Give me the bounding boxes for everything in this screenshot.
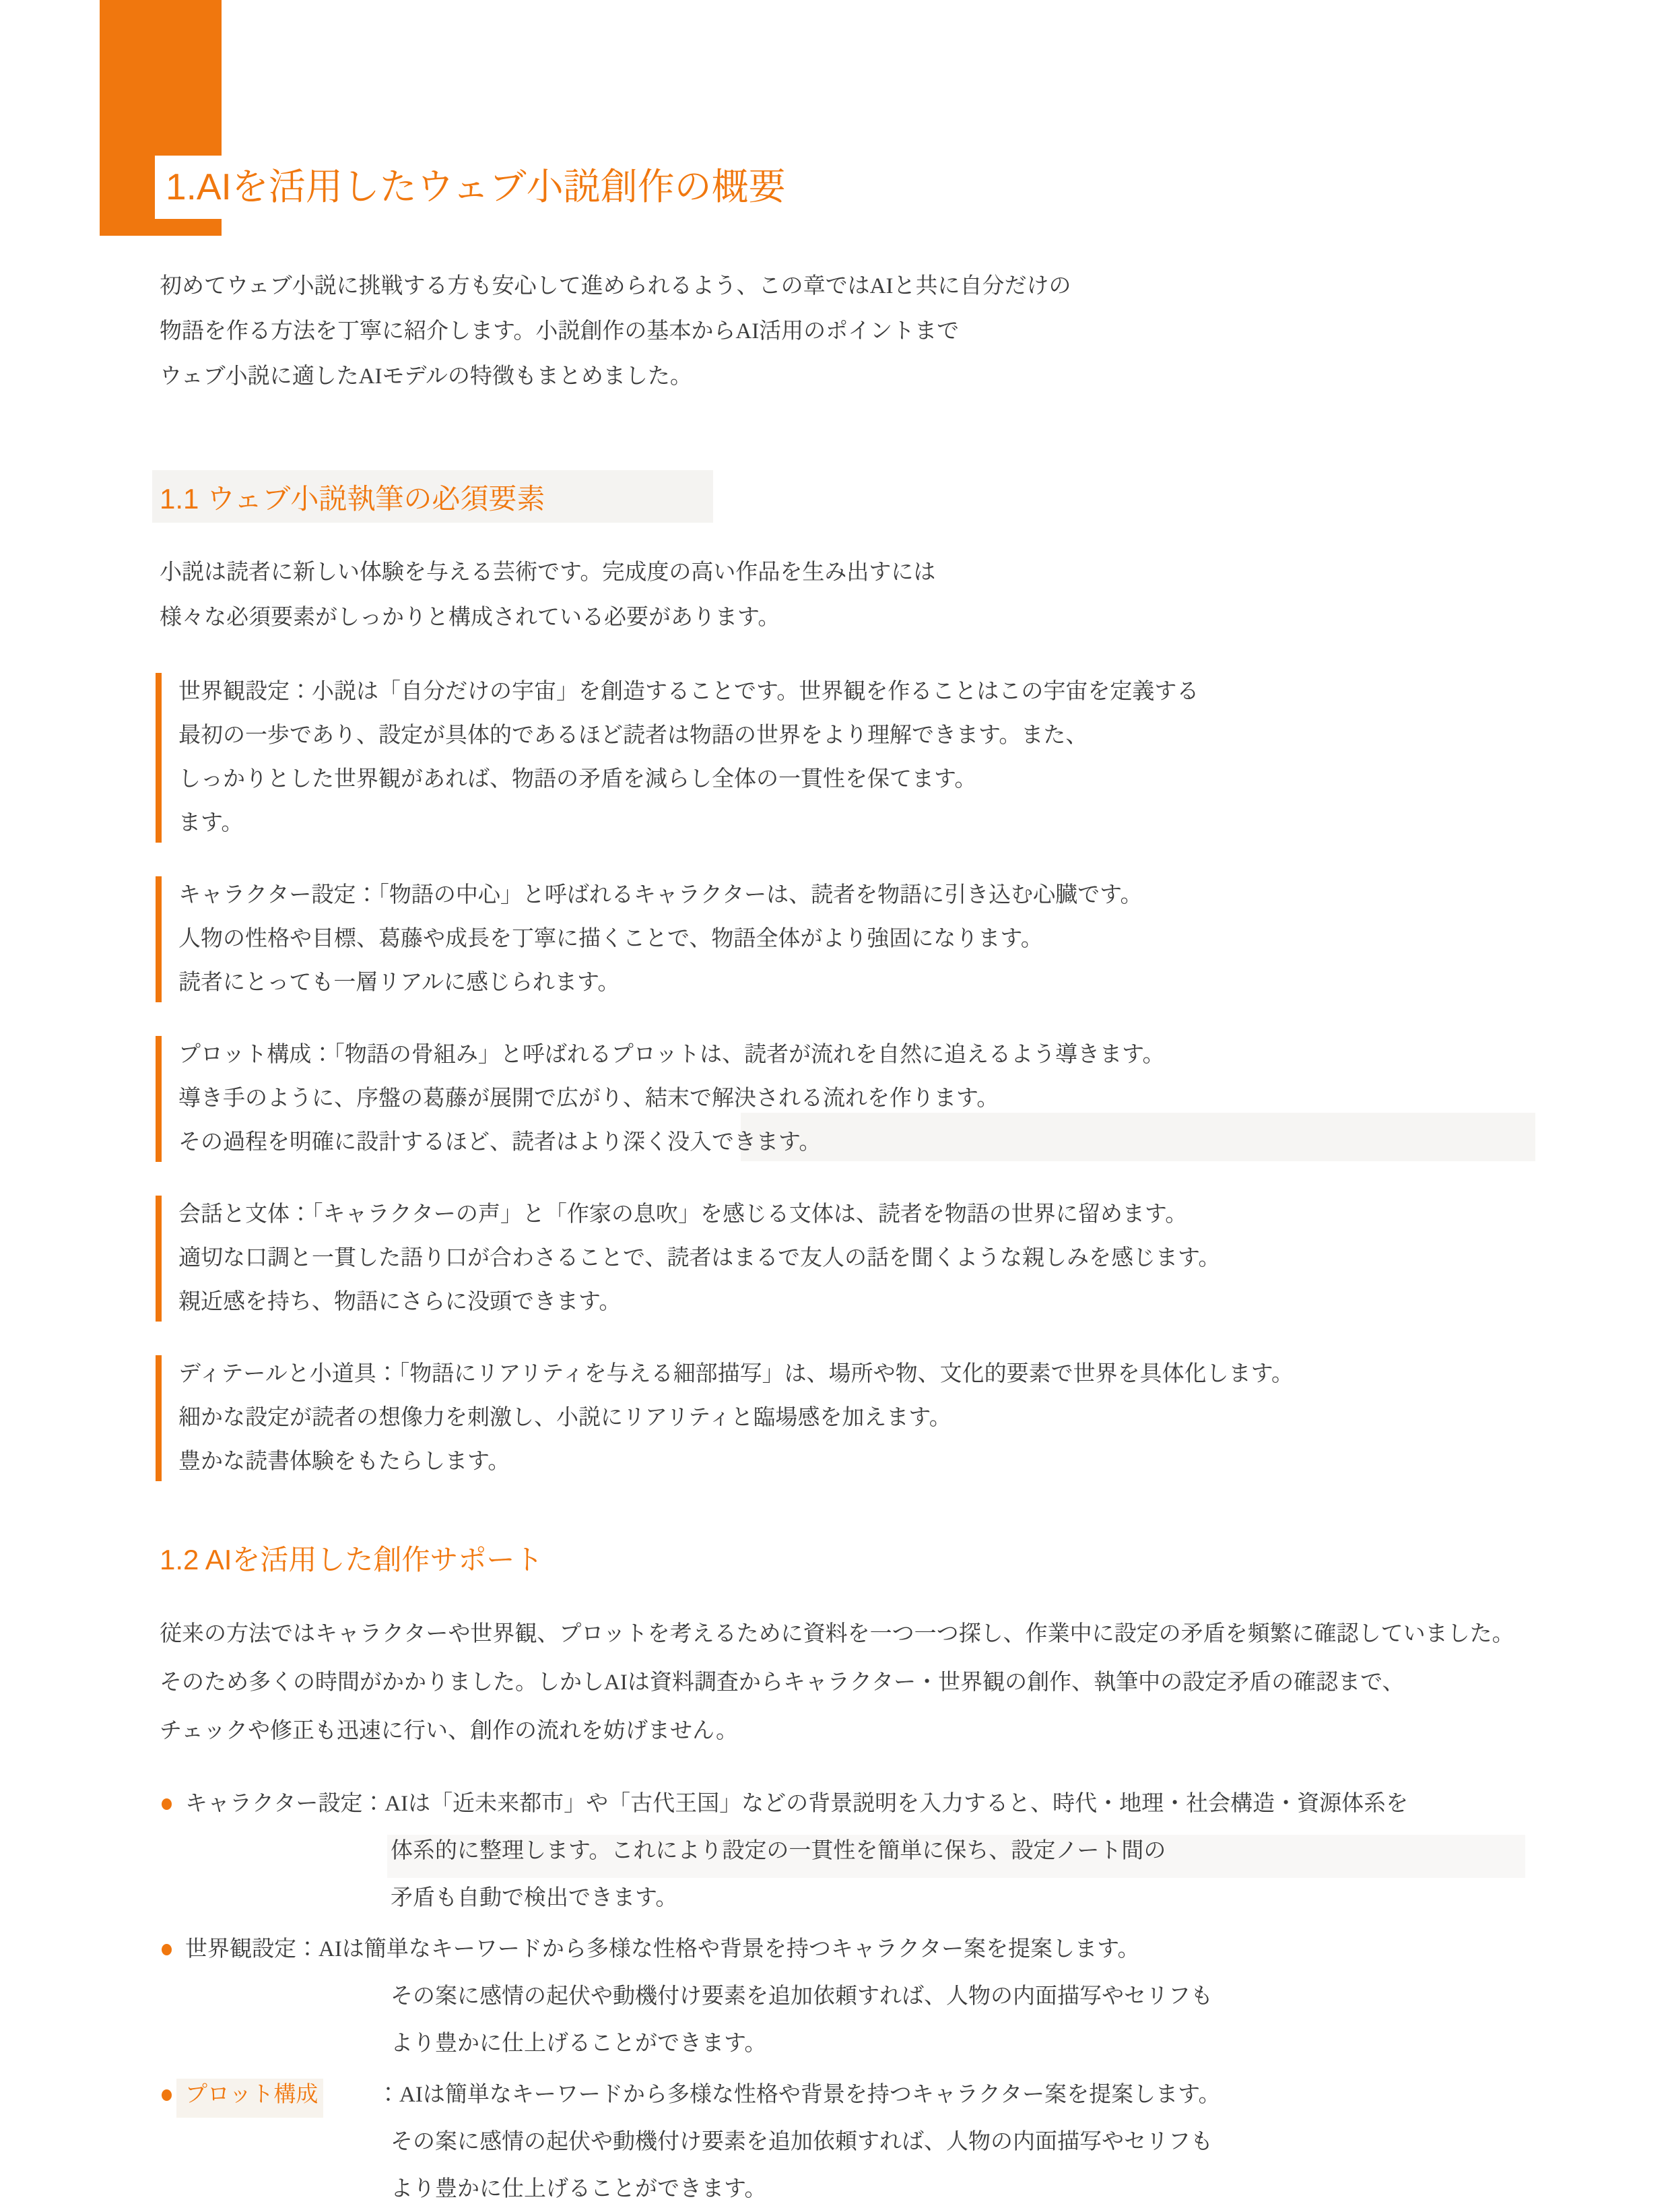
quote-accent-bar <box>156 876 162 1002</box>
quote-block-details-props: ディテールと小道具：「物語にリアリティを与える細部描写」は、場所や物、文化的要素… <box>160 1353 1547 1484</box>
text-line: 矛盾も自動で検出できます。 <box>160 1875 1547 1922</box>
quote-accent-bar <box>156 1196 162 1322</box>
text-line: その過程を明確に設計するほど、読者はより深く没入できます。 <box>178 1121 1547 1165</box>
quote-block-worldbuilding: 世界観設定：小説は「自分だけの宇宙」を創造することです。世界観を作ることはこの宇… <box>160 670 1547 845</box>
text-line: 体系的に整理します。これにより設定の一貫性を簡単に保ち、設定ノート間の <box>160 1827 1547 1875</box>
text-line: プロット構成：「物語の骨組み」と呼ばれるプロットは、読者が流れを自然に追えるよう… <box>178 1033 1547 1077</box>
bullet-list: キャラクター設定：AIは「近未来都市」や「古代王国」などの背景説明を入力すると、… <box>160 1780 1547 2212</box>
quote-accent-bar <box>156 673 162 843</box>
text-line: より豊かに仕上げることができます。 <box>160 2020 1547 2067</box>
bullet-dot-icon <box>162 1944 172 1955</box>
section-1-2-lead: 従来の方法ではキャラクターや世界観、プロットを考えるために資料を一つ一つ探し、作… <box>160 1610 1547 1755</box>
text-line: 様々な必須要素がしっかりと構成されている必要があります。 <box>160 595 1547 641</box>
text-line: しっかりとした世界観があれば、物語の矛盾を減らし全体の一貫性を保てます。 <box>178 758 1547 802</box>
text-line: その案に感情の起伏や動機付け要素を追加依頼すれば、人物の内面描写やセリフも <box>160 1973 1547 2020</box>
quote-accent-bar <box>156 1036 162 1162</box>
text-line: 従来の方法ではキャラクターや世界観、プロットを考えるために資料を一つ一つ探し、作… <box>160 1610 1547 1658</box>
bullet-first-line: キャラクター設定：AIは「近未来都市」や「古代王国」などの背景説明を入力すると、… <box>160 1780 1547 1827</box>
bullet-dot-icon <box>162 2089 172 2101</box>
text-line: 導き手のように、序盤の葛藤が展開で広がり、結末で解決される流れを作ります。 <box>178 1077 1547 1121</box>
text-line: キャラクター設定：「物語の中心」と呼ばれるキャラクターは、読者を物語に引き込む心… <box>178 874 1547 917</box>
chapter-title-box: 1.AIを活用したウェブ小説創作の概要 <box>155 156 826 219</box>
page-title: 1.AIを活用したウェブ小説創作の概要 <box>166 166 786 207</box>
text-line: 読者にとっても一層リアルに感じられます。 <box>178 961 1547 1005</box>
bullet-text: ：AIは簡単なキーワードから多様な性格や背景を持つキャラクター案を提案します。 <box>377 2071 1221 2118</box>
bullet-item-worldbuilding: 世界観設定：AIは簡単なキーワードから多様な性格や背景を持つキャラクター案を提案… <box>160 1926 1547 2067</box>
bullet-first-line: 世界観設定：AIは簡単なキーワードから多様な性格や背景を持つキャラクター案を提案… <box>160 1926 1547 1973</box>
intro-paragraph: 初めてウェブ小説に挑戦する方も安心して進められるよう、この章ではAIと共に自分だ… <box>160 264 1547 399</box>
bullet-text: キャラクター設定：AIは「近未来都市」や「古代王国」などの背景説明を入力すると、… <box>185 1780 1408 1827</box>
text-line: 最初の一歩であり、設定が具体的であるほど読者は物語の世界をより理解できます。また… <box>178 714 1547 758</box>
text-line: 細かな設定が読者の想像力を刺激し、小説にリアリティと臨場感を加えます。 <box>178 1396 1547 1440</box>
bullet-text: 世界観設定：AIは簡単なキーワードから多様な性格や背景を持つキャラクター案を提案… <box>185 1926 1140 1973</box>
text-line: 豊かな読書体験をもたらします。 <box>178 1440 1547 1484</box>
document-page: { "accent_color": "#F0770E", "text_color… <box>0 0 1670 2212</box>
quote-block-plot: プロット構成：「物語の骨組み」と呼ばれるプロットは、読者が流れを自然に追えるよう… <box>160 1033 1547 1165</box>
bullet-label: プロット構成 <box>185 2071 377 2118</box>
text-line: 世界観設定：小説は「自分だけの宇宙」を創造することです。世界観を作ることはこの宇… <box>178 670 1547 714</box>
section-1-1-heading: 1.1 ウェブ小説執筆の必須要素 <box>160 474 1547 525</box>
quote-block-dialogue-style: 会話と文体：「キャラクターの声」と「作家の息吹」を感じる文体は、読者を物語の世界… <box>160 1193 1547 1324</box>
bullet-dot-icon <box>162 1798 172 1810</box>
text-line: ます。 <box>178 802 1547 845</box>
section-1-1-lead: 小説は読者に新しい体験を与える芸術です。完成度の高い作品を生み出すには 様々な必… <box>160 550 1547 641</box>
bullet-item-plot-structure: プロット構成 ：AIは簡単なキーワードから多様な性格や背景を持つキャラクター案を… <box>160 2071 1547 2212</box>
section-1-2-heading: 1.2 AIを活用した創作サポート <box>160 1534 1547 1586</box>
text-line: 会話と文体：「キャラクターの声」と「作家の息吹」を感じる文体は、読者を物語の世界… <box>178 1193 1547 1237</box>
text-line: ウェブ小説に適したAIモデルの特徴もまとめました。 <box>160 354 1547 399</box>
quote-block-characters: キャラクター設定：「物語の中心」と呼ばれるキャラクターは、読者を物語に引き込む心… <box>160 874 1547 1005</box>
text-line: 人物の性格や目標、葛藤や成長を丁寧に描くことで、物語全体がより強固になります。 <box>178 917 1547 961</box>
bullet-first-line: プロット構成 ：AIは簡単なキーワードから多様な性格や背景を持つキャラクター案を… <box>160 2071 1547 2118</box>
quote-accent-bar <box>156 1355 162 1481</box>
text-line: そのため多くの時間がかかりました。しかしAIは資料調査からキャラクター・世界観の… <box>160 1658 1547 1707</box>
text-line: その案に感情の起伏や動機付け要素を追加依頼すれば、人物の内面描写やセリフも <box>160 2118 1547 2166</box>
text-line: 物語を作る方法を丁寧に紹介します。小説創作の基本からAI活用のポイントまで <box>160 309 1547 354</box>
bullet-item-character-setting: キャラクター設定：AIは「近未来都市」や「古代王国」などの背景説明を入力すると、… <box>160 1780 1547 1922</box>
text-line: ディテールと小道具：「物語にリアリティを与える細部描写」は、場所や物、文化的要素… <box>178 1353 1547 1396</box>
text-line: チェックや修正も迅速に行い、創作の流れを妨げません。 <box>160 1707 1547 1755</box>
document-content: 初めてウェブ小説に挑戦する方も安心して進められるよう、この章ではAIと共に自分だ… <box>160 264 1547 2212</box>
text-line: 小説は読者に新しい体験を与える芸術です。完成度の高い作品を生み出すには <box>160 550 1547 595</box>
text-line: より豊かに仕上げることができます。 <box>160 2166 1547 2212</box>
text-line: 初めてウェブ小説に挑戦する方も安心して進められるよう、この章ではAIと共に自分だ… <box>160 264 1547 309</box>
text-line: 親近感を持ち、物語にさらに没頭できます。 <box>178 1280 1547 1324</box>
text-line: 適切な口調と一貫した語り口が合わさることで、読者はまるで友人の話を聞くような親し… <box>178 1237 1547 1280</box>
